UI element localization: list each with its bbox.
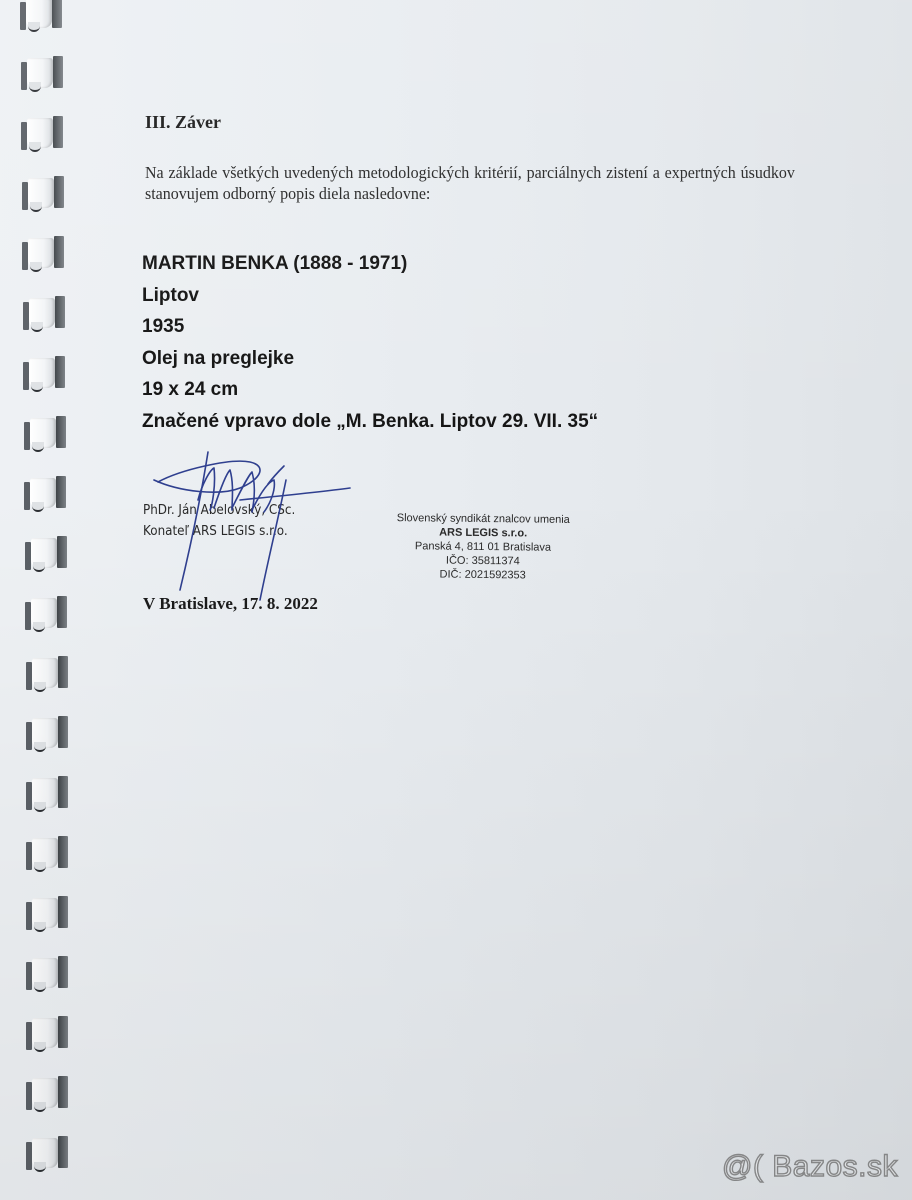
binding-ring [24, 476, 66, 512]
document-page: III. Záver Na základe všetkých uvedených… [0, 0, 912, 1200]
comb-binding [0, 0, 70, 1200]
handwritten-signature-icon [140, 440, 370, 610]
stamp-dic: DIČ: 2021592353 [380, 567, 586, 583]
binding-ring [26, 896, 68, 932]
company-stamp: Slovenský syndikát znalcov umenia ARS LE… [380, 511, 587, 583]
binding-ring [25, 596, 67, 632]
binding-ring [26, 656, 68, 692]
binding-ring [23, 356, 65, 392]
section-title: III. Záver [145, 112, 221, 133]
binding-ring [22, 176, 64, 212]
binding-ring [26, 776, 68, 812]
artwork-signature-note: Značené vpravo dole „M. Benka. Liptov 29… [142, 406, 598, 438]
stamp-line1: Slovenský syndikát znalcov umenia [380, 511, 586, 527]
binding-ring [20, 0, 62, 32]
binding-ring [26, 1016, 68, 1052]
artwork-dimensions: 19 x 24 cm [142, 374, 598, 406]
binding-ring [26, 836, 68, 872]
binding-ring [24, 416, 66, 452]
binding-ring [25, 536, 67, 572]
binding-ring [26, 1136, 68, 1172]
artwork-artist: MARTIN BENKA (1888 - 1971) [142, 248, 598, 280]
artwork-medium: Olej na preglejke [142, 343, 598, 375]
bazos-watermark: @( Bazos.sk [722, 1150, 898, 1184]
binding-ring [21, 56, 63, 92]
artwork-details: MARTIN BENKA (1888 - 1971) Liptov 1935 O… [142, 248, 598, 437]
binding-ring [26, 1076, 68, 1112]
artwork-year: 1935 [142, 311, 598, 343]
binding-ring [26, 716, 68, 752]
binding-ring [26, 956, 68, 992]
artwork-title: Liptov [142, 280, 598, 312]
binding-ring [22, 236, 64, 272]
intro-paragraph: Na základe všetkých uvedených metodologi… [145, 162, 795, 204]
binding-ring [21, 116, 63, 152]
binding-ring [23, 296, 65, 332]
